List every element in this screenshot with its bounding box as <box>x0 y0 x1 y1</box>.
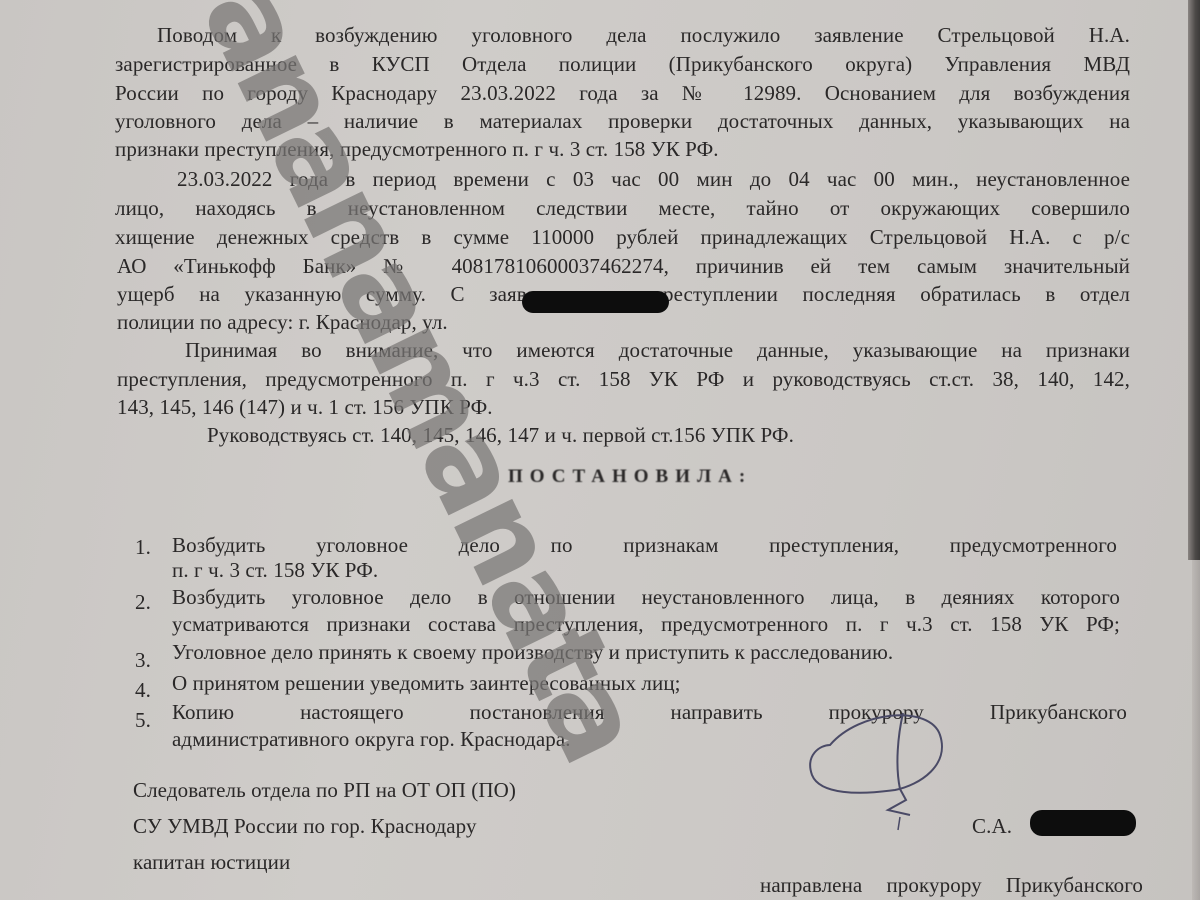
item-1-num: 1. <box>135 535 151 559</box>
item-1-line-2: п. г ч. 3 ст. 158 УК РФ. <box>172 558 378 582</box>
signature-title-line-2: СУ УМВД России по гор. Краснодару <box>133 814 477 838</box>
paragraph-1-line-4: уголовного дела – наличие в материалах п… <box>115 109 1130 133</box>
bottom-line-partial: направлена прокурору Прикубанского <box>760 873 1143 897</box>
item-4-line-1: О принятом решении уведомить заинтересов… <box>172 671 681 695</box>
paragraph-1-line-2: зарегистрированное в КУСП Отдела полиции… <box>115 52 1130 76</box>
signer-initials: С.А. <box>972 814 1012 838</box>
item-4-num: 4. <box>135 678 151 702</box>
item-2-num: 2. <box>135 590 151 614</box>
handwritten-signature <box>800 705 960 835</box>
paragraph-3-line-2: преступления, предусмотренного п. г ч.3 … <box>117 367 1130 391</box>
paragraph-2-line-4: АО «Тинькофф Банк» № 4081781060003746227… <box>117 254 1130 278</box>
signature-title-line-3: капитан юстиции <box>133 850 290 874</box>
resolution-heading: ПОСТАНОВИЛА: <box>508 466 752 488</box>
redaction-bar-address <box>522 291 669 313</box>
paragraph-2-line-1: 23.03.2022 года в период времени с 03 ча… <box>177 167 1130 191</box>
item-2-line-2: усматриваются признаки состава преступле… <box>172 612 1120 636</box>
paragraph-1-line-1: Поводом к возбуждению уголовного дела по… <box>157 23 1130 47</box>
paragraph-4: Руководствуясь ст. 140, 145, 146, 147 и … <box>207 423 794 447</box>
item-5-line-1: Копию настоящего постановления направить… <box>172 700 1127 724</box>
item-3-num: 3. <box>135 648 151 672</box>
item-1-line-1: Возбудить уголовное дело по признакам пр… <box>172 533 1117 557</box>
item-5-line-2: административного округа гор. Краснодара… <box>172 727 571 751</box>
page-edge <box>1192 560 1200 900</box>
signature-title-line-1: Следователь отдела по РП на ОТ ОП (ПО) <box>133 778 516 802</box>
paragraph-3-line-1: Принимая во внимание, что имеются достат… <box>185 338 1130 362</box>
paragraph-2-line-3: хищение денежных средств в сумме 110000 … <box>115 225 1130 249</box>
item-3-line-1: Уголовное дело принять к своему производ… <box>172 640 893 664</box>
item-2-line-1: Возбудить уголовное дело в отношении неу… <box>172 585 1120 609</box>
item-5-num: 5. <box>135 708 151 732</box>
paragraph-1-line-3: России по городу Краснодару 23.03.2022 г… <box>115 81 1130 105</box>
paragraph-3-line-3: 143, 145, 146 (147) и ч. 1 ст. 156 УПК Р… <box>117 395 493 419</box>
page-edge-shadow <box>1188 0 1200 560</box>
paragraph-2-line-2: лицо, находясь в неустановленном следств… <box>115 196 1130 220</box>
document-page <box>0 0 1200 900</box>
redaction-bar-signer <box>1030 810 1136 836</box>
paragraph-1-line-5: признаки преступления, предусмотренного … <box>115 137 719 161</box>
paragraph-2-line-6: полиции по адресу: г. Краснодар, ул. <box>117 310 448 334</box>
